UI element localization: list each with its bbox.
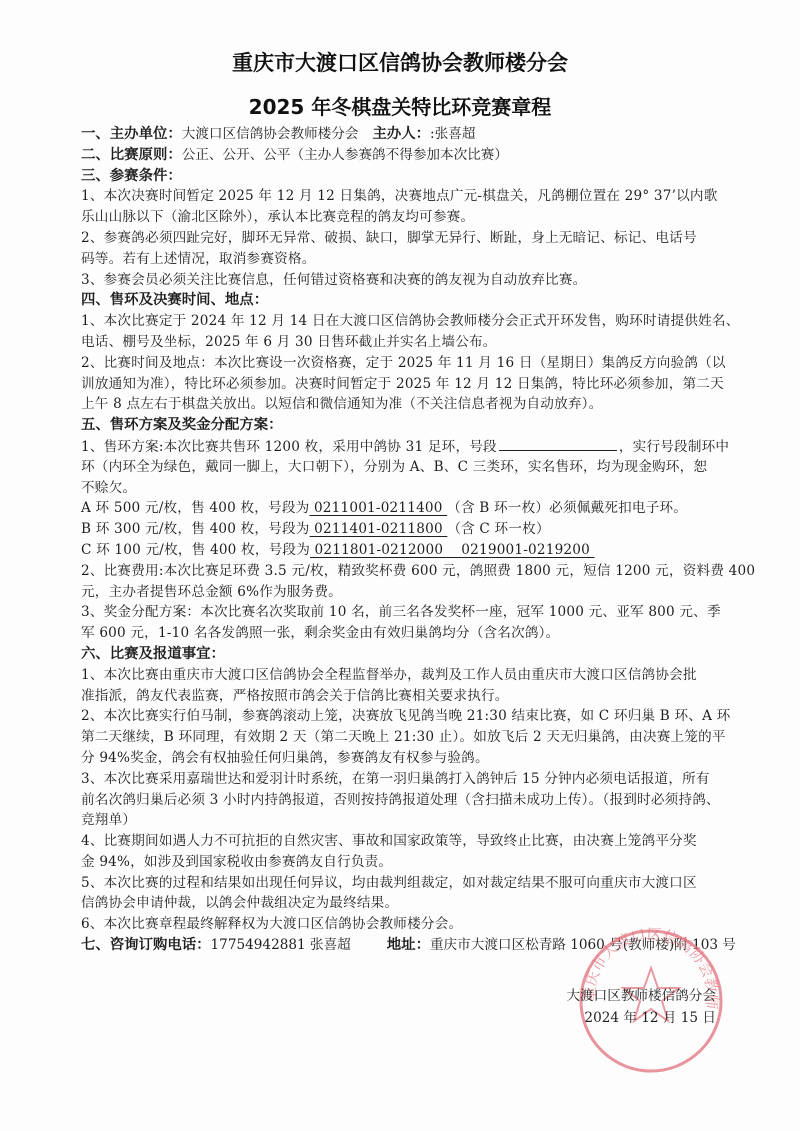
paragraph-line: 竞翔单） xyxy=(81,810,721,831)
principle-text: 公正、公开、公平（主办人参赛鸽不得参加本次比赛） xyxy=(182,147,508,163)
address-label: 地址： xyxy=(387,937,430,953)
paragraph-line: 上午 8 点左右于棋盘关放出。以短信和微信通知为准（不关注信息者视为自动放弃）。 xyxy=(81,394,721,415)
section-heading: 三、参赛条件： xyxy=(81,166,721,187)
paragraph-line: 环（内环全为绿色，戴同一脚上，大口朝下），分别为 A、B、C 三类环，实名售环，… xyxy=(81,457,721,478)
section-organizer: 一、主办单位：大渡口区信鸽协会教师楼分会主办人：:张喜超 xyxy=(81,124,721,145)
document-page: 重庆市大渡口区信鸽协会教师楼分会 2025 年冬棋盘关特比环竞赛章程 一、主办单… xyxy=(0,0,800,1131)
paragraph-line: 准指派，鸽友代表监赛，严格按照市鸽会关于信鸽比赛相关要求执行。 xyxy=(81,686,721,707)
contact-phone: 17754942881 张喜超 xyxy=(211,937,351,953)
ring-a-desc: A 环 500 元/枚，售 400 枚，号段为 xyxy=(81,500,309,516)
paragraph-line: 不赊欠。 xyxy=(81,478,721,499)
organizer-name: :张喜超 xyxy=(430,126,475,142)
ring-c-line: C 环 100 元/枚，售 400 枚，号段为 0211801-0212000 … xyxy=(81,540,721,561)
paragraph-line: 前名次鸽归巢后必须 3 小时内持鸽报道，否则按持鸽报道处理（含扫描未成功上传）。… xyxy=(81,790,721,811)
ring-a-range: 0211001-0211400 xyxy=(309,500,447,516)
paragraph-line: 2、比赛时间及地点：本次比赛设一次资格赛，定于 2025 年 11 月 16 日… xyxy=(81,353,721,374)
paragraph-line: 乐山山脉以下（渝北区除外），承认本比赛竞程的鸽友均可参赛。 xyxy=(81,207,721,228)
blank-underline xyxy=(499,436,617,451)
ring-plan-text: 1、售环方案:本次比赛共售环 1200 枚，采用中鸽协 31 足环，号段 xyxy=(81,439,497,455)
paragraph-line: 1、本次比赛由重庆市大渡口区信鸽协会全程监督举办，裁判及工作人员由重庆市大渡口区… xyxy=(81,665,721,686)
paragraph-line: 金 94%，如涉及到国家税收由参赛鸽友自行负责。 xyxy=(81,852,721,873)
paragraph-line: 第二天继续，B 环同理，有效期 2 天（第二天晚上 21:30 止）。如放飞后 … xyxy=(81,727,721,748)
organizer-unit: 大渡口区信鸽协会教师楼分会 xyxy=(182,126,359,142)
paragraph-line: 3、奖金分配方案：本次比赛名次奖取前 10 名，前三名各发奖杯一座，冠军 100… xyxy=(81,602,721,623)
ring-b-desc: B 环 300 元/枚，售 400 枚，号段为 xyxy=(81,521,310,537)
paragraph-line: 5、本次比赛的过程和结果如出现任何异议，均由裁判组裁定，如对裁定结果不服可向重庆… xyxy=(81,873,721,894)
paragraph-line: 2、比赛费用:本次比赛足环费 3.5 元/枚，精致奖杯费 600 元，鸽照费 1… xyxy=(81,561,721,582)
paragraph-line: 信鸽协会申请仲裁，以鸽会仲裁组决定为最终结果。 xyxy=(81,893,721,914)
paragraph-line: 1、本次比赛定于 2024 年 12 月 14 日在大渡口区信鸽协会教师楼分会正… xyxy=(81,311,721,332)
section-heading: 四、售环及决赛时间、地点： xyxy=(81,290,721,311)
section-principle: 二、比赛原则：公正、公开、公平（主办人参赛鸽不得参加本次比赛） xyxy=(81,145,721,166)
ring-a-note: （含 B 环一枚）必须佩戴死扣电子环。 xyxy=(447,500,687,516)
section-heading: 五、售环方案及奖金分配方案： xyxy=(81,415,721,436)
paragraph-line: 3、本次比赛采用嘉瑞世达和爱羽计时系统，在第一羽归巢鸽打入鸽钟后 15 分钟内必… xyxy=(81,769,721,790)
paragraph-line: 电话、棚号及坐标，2025 年 6 月 30 日售环截止并实名上墙公布。 xyxy=(81,332,721,353)
ring-c-desc: C 环 100 元/枚，售 400 枚，号段为 xyxy=(81,542,310,558)
paragraph-line: 码等。若有上述情况，取消参赛资格。 xyxy=(81,249,721,270)
ring-a-line: A 环 500 元/枚，售 400 枚，号段为 0211001-0211400 … xyxy=(81,498,721,519)
paragraph-line: 1、本次决赛时间暂定 2025 年 12 月 12 日集鸽，决赛地点广元-棋盘关… xyxy=(81,186,721,207)
ring-c-range: 0211801-0212000 0219001-0219200 xyxy=(310,542,594,558)
ring-b-note: （含 C 环一枚） xyxy=(447,521,549,537)
paragraph-line: 军 600 元，1-10 名各发鸽照一张，剩余奖金由有效归巢鸽均分（含名次鸽）。 xyxy=(81,623,721,644)
section-heading: 二、比赛原则： xyxy=(81,147,182,163)
document-title: 重庆市大渡口区信鸽协会教师楼分会 xyxy=(0,47,800,77)
paragraph-line: 元，主办者提售环总金额 6%作为服务费。 xyxy=(81,582,721,603)
paragraph-line: 2、本次比赛实行伯马制，参赛鸽滚动上笼，决赛放飞见鸽当晚 21:30 结束比赛，… xyxy=(81,706,721,727)
signature-block: 大渡口区教师楼信鸽分会 2024 年 12 月 15 日 xyxy=(566,985,716,1029)
signature-org: 大渡口区教师楼信鸽分会 xyxy=(566,985,716,1007)
section-heading: 一、主办单位： xyxy=(81,126,182,142)
document-subtitle: 2025 年冬棋盘关特比环竞赛章程 xyxy=(0,91,800,120)
paragraph-line: 3、参赛会员必须关注比赛信息，任何错过资格赛和决赛的鸽友视为自动放弃比赛。 xyxy=(81,270,721,291)
ring-b-range: 0211401-0211800 xyxy=(310,521,448,537)
section-heading: 七、咨询订购电话： xyxy=(81,937,211,953)
organizer-label: 主办人： xyxy=(372,126,430,142)
ring-b-line: B 环 300 元/枚，售 400 枚，号段为 0211401-0211800 … xyxy=(81,519,721,540)
document-body: 一、主办单位：大渡口区信鸽协会教师楼分会主办人：:张喜超 二、比赛原则：公正、公… xyxy=(81,124,721,956)
paragraph-line: 训放通知为准），特比环必须参加。决赛时间暂定于 2025 年 12 月 12 日… xyxy=(81,374,721,395)
paragraph-line: 分 94%奖金，鸽会有权抽验任何归巢鸽，参赛鸽友有权参与验鸽。 xyxy=(81,748,721,769)
section-heading: 六、比赛及报道事宜： xyxy=(81,644,721,665)
paragraph-line: 2、参赛鸽必须四趾完好，脚环无异常、破损、缺口，脚掌无异行、断趾，身上无暗记、标… xyxy=(81,228,721,249)
ring-plan-text-cont: ，实行号段制环中 xyxy=(619,439,729,455)
signature-date: 2024 年 12 月 15 日 xyxy=(566,1007,716,1029)
paragraph-line: 1、售环方案:本次比赛共售环 1200 枚，采用中鸽协 31 足环，号段，实行号… xyxy=(81,436,721,457)
paragraph-line: 4、比赛期间如遇人力不可抗拒的自然灾害、事故和国家政策等，导致终止比赛，由决赛上… xyxy=(81,831,721,852)
